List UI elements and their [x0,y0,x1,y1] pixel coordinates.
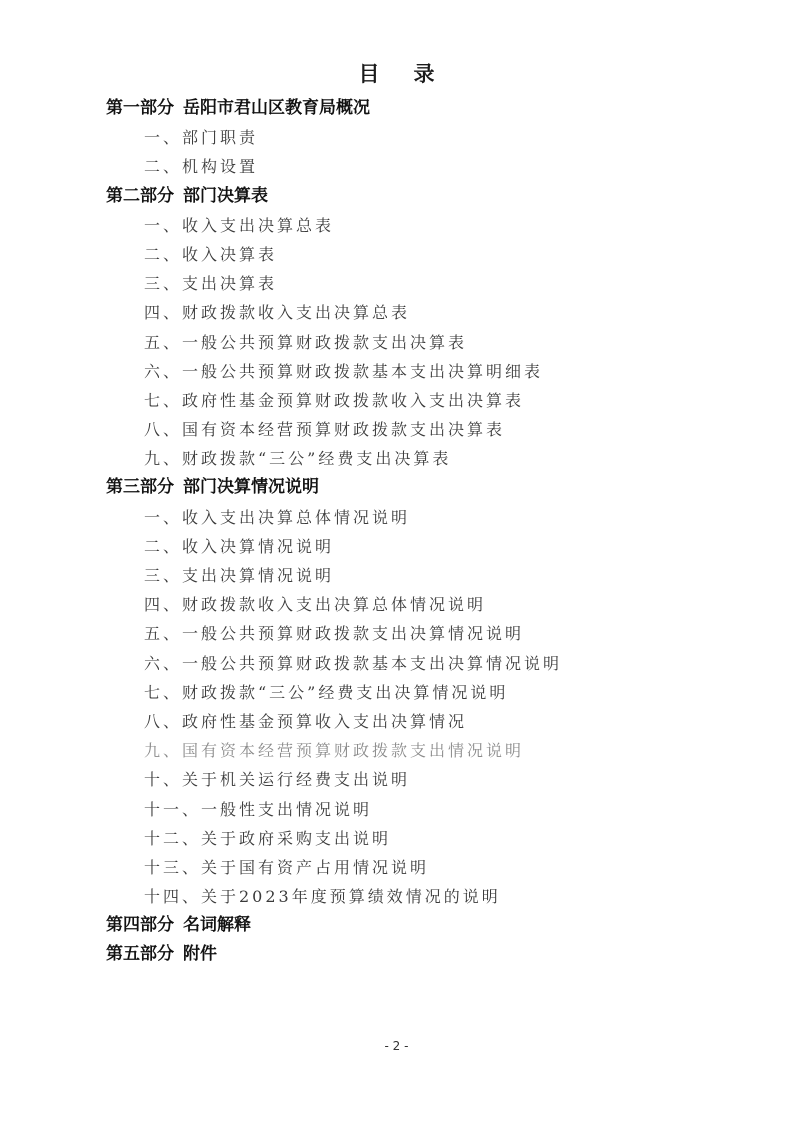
toc-part-2[interactable]: 第二部分部门决算表 [106,182,753,211]
toc-item[interactable]: 一、收入支出决算总表 [106,211,753,240]
toc-item[interactable]: 八、国有资本经营预算财政拨款支出决算表 [106,415,753,444]
toc-item[interactable]: 五、一般公共预算财政拨款支出决算表 [106,328,753,357]
part-number: 第三部分 [106,477,174,497]
toc-item[interactable]: 七、财政拨款“三公”经费支出决算情况说明 [106,678,753,707]
title-char-2: 录 [414,58,435,88]
toc-item[interactable]: 二、机构设置 [106,152,753,181]
toc-item[interactable]: 五、一般公共预算财政拨款支出决算情况说明 [106,619,753,648]
table-of-contents: 第一部分岳阳市君山区教育局概况 一、部门职责 二、机构设置 第二部分部门决算表 … [106,94,753,970]
toc-item[interactable]: 四、财政拨款收入支出决算总表 [106,298,753,327]
toc-item[interactable]: 六、一般公共预算财政拨款基本支出决算情况说明 [106,649,753,678]
toc-item[interactable]: 一、收入支出决算总体情况说明 [106,503,753,532]
toc-item[interactable]: 十一、一般性支出情况说明 [106,795,753,824]
toc-part-4[interactable]: 第四部分名词解释 [106,911,753,940]
toc-item[interactable]: 二、收入决算表 [106,240,753,269]
toc-item[interactable]: 二、收入决算情况说明 [106,532,753,561]
toc-item[interactable]: 十、关于机关运行经费支出说明 [106,765,753,794]
toc-item[interactable]: 八、政府性基金预算收入支出决算情况 [106,707,753,736]
part-title: 附件 [183,944,217,964]
toc-item[interactable]: 六、一般公共预算财政拨款基本支出决算明细表 [106,357,753,386]
toc-part-3[interactable]: 第三部分部门决算情况说明 [106,473,753,502]
part-title: 部门决算情况说明 [183,477,319,497]
page-title: 目录 [0,58,793,88]
toc-item[interactable]: 九、国有资本经营预算财政拨款支出情况说明 [106,736,753,765]
toc-item[interactable]: 十四、关于2023年度预算绩效情况的说明 [106,882,753,911]
toc-item[interactable]: 十三、关于国有资产占用情况说明 [106,853,753,882]
part-title: 名词解释 [183,915,251,935]
toc-part-5[interactable]: 第五部分附件 [106,940,753,969]
part-number: 第五部分 [106,944,174,964]
part-number: 第四部分 [106,915,174,935]
part-title: 岳阳市君山区教育局概况 [183,98,370,118]
page-number: - 2 - [0,1039,793,1053]
toc-item[interactable]: 三、支出决算情况说明 [106,561,753,590]
part-title: 部门决算表 [183,186,268,206]
toc-item[interactable]: 九、财政拨款“三公”经费支出决算表 [106,444,753,473]
part-number: 第二部分 [106,186,174,206]
toc-item[interactable]: 三、支出决算表 [106,269,753,298]
toc-item[interactable]: 一、部门职责 [106,123,753,152]
toc-item[interactable]: 四、财政拨款收入支出决算总体情况说明 [106,590,753,619]
toc-item[interactable]: 十二、关于政府采购支出说明 [106,824,753,853]
toc-part-1[interactable]: 第一部分岳阳市君山区教育局概况 [106,94,753,123]
toc-item[interactable]: 七、政府性基金预算财政拨款收入支出决算表 [106,386,753,415]
title-char-1: 目 [359,58,380,88]
part-number: 第一部分 [106,98,174,118]
